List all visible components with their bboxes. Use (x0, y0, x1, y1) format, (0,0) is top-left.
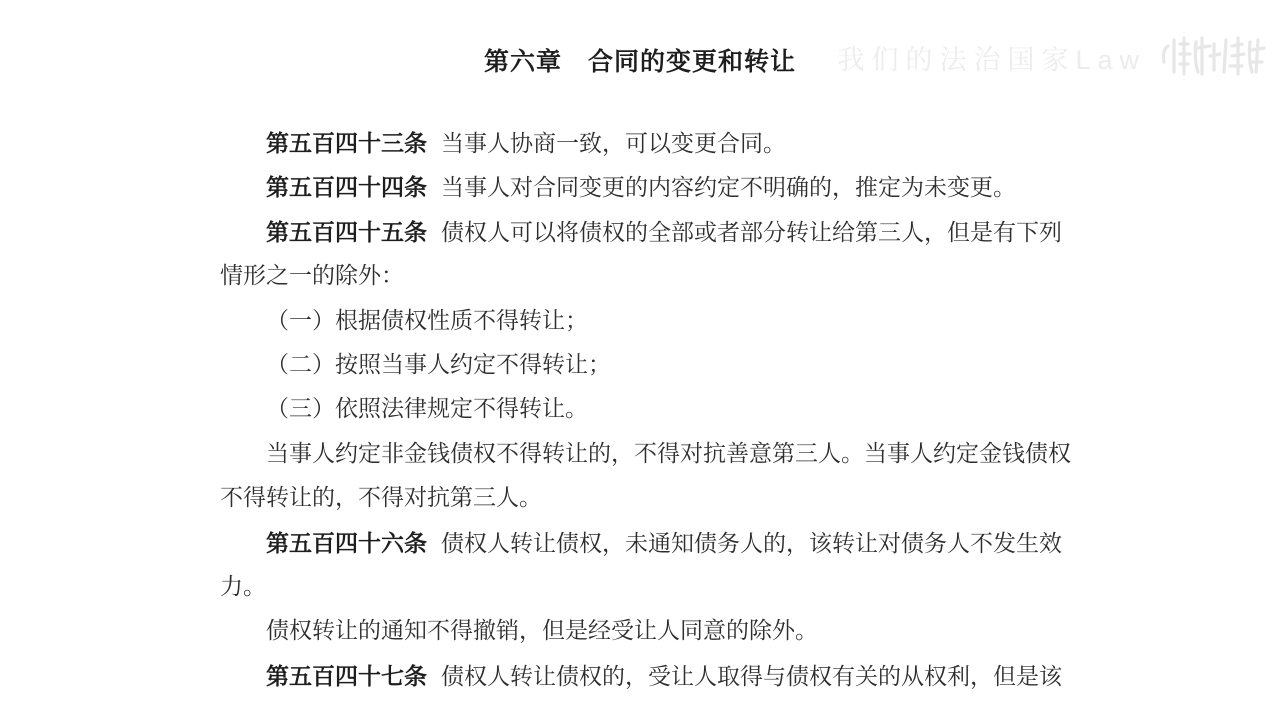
text-line: 第五百四十三条当事人协商一致，可以变更合同。 (220, 121, 1120, 165)
text-line: 不得转让的，不得对抗第三人。 (220, 476, 1120, 520)
article-number: 第五百四十三条 (266, 130, 427, 156)
line-text: （二）按照当事人约定不得转让； (266, 352, 611, 377)
line-text: 当事人约定非金钱债权不得转让的，不得对抗善意第三人。当事人约定金钱债权 (266, 441, 1071, 466)
line-text: 当事人协商一致，可以变更合同。 (441, 131, 786, 156)
article-number: 第五百四十四条 (266, 174, 427, 200)
text-line: 第五百四十五条债权人可以将债权的全部或者部分转让给第三人，但是有下列 (220, 210, 1120, 254)
text-line: （三）依照法律规定不得转让。 (220, 387, 1120, 431)
text-line: 第五百四十七条债权人转让债权的，受让人取得与债权有关的从权利，但是该 (220, 654, 1120, 698)
text-line: 情形之一的除外： (220, 254, 1120, 298)
line-text: （三）依照法律规定不得转让。 (266, 396, 588, 421)
line-text: 债权转让的通知不得撤销，但是经受让人同意的除外。 (266, 618, 818, 643)
text-line: 第五百四十六条债权人转让债权，未通知债务人的，该转让对债务人不发生效 (220, 521, 1120, 565)
line-text: 不得转让的，不得对抗第三人。 (220, 485, 542, 510)
line-text: 情形之一的除外： (220, 263, 404, 288)
text-line: 当事人约定非金钱债权不得转让的，不得对抗善意第三人。当事人约定金钱债权 (220, 432, 1120, 476)
line-text: 债权人可以将债权的全部或者部分转让给第三人，但是有下列 (441, 220, 1062, 245)
text-line: 第五百四十四条当事人对合同变更的内容约定不明确的，推定为未变更。 (220, 165, 1120, 209)
document-body: 第五百四十三条当事人协商一致，可以变更合同。第五百四十四条当事人对合同变更的内容… (220, 121, 1120, 698)
chapter-title: 第六章 合同的变更和转让 (0, 42, 1280, 78)
line-text: 当事人对合同变更的内容约定不明确的，推定为未变更。 (441, 175, 1016, 200)
text-line: 力。 (220, 565, 1120, 609)
line-text: 债权人转让债权，未通知债务人的，该转让对债务人不发生效 (441, 531, 1062, 556)
line-text: （一）根据债权性质不得转让； (266, 308, 588, 333)
article-number: 第五百四十五条 (266, 219, 427, 245)
article-number: 第五百四十六条 (266, 530, 427, 556)
line-text: 力。 (220, 574, 266, 599)
text-line: 债权转让的通知不得撤销，但是经受让人同意的除外。 (220, 609, 1120, 653)
article-number: 第五百四十七条 (266, 663, 427, 689)
line-text: 债权人转让债权的，受让人取得与债权有关的从权利，但是该 (441, 664, 1062, 689)
text-line: （二）按照当事人约定不得转让； (220, 343, 1120, 387)
text-line: （一）根据债权性质不得转让； (220, 299, 1120, 343)
